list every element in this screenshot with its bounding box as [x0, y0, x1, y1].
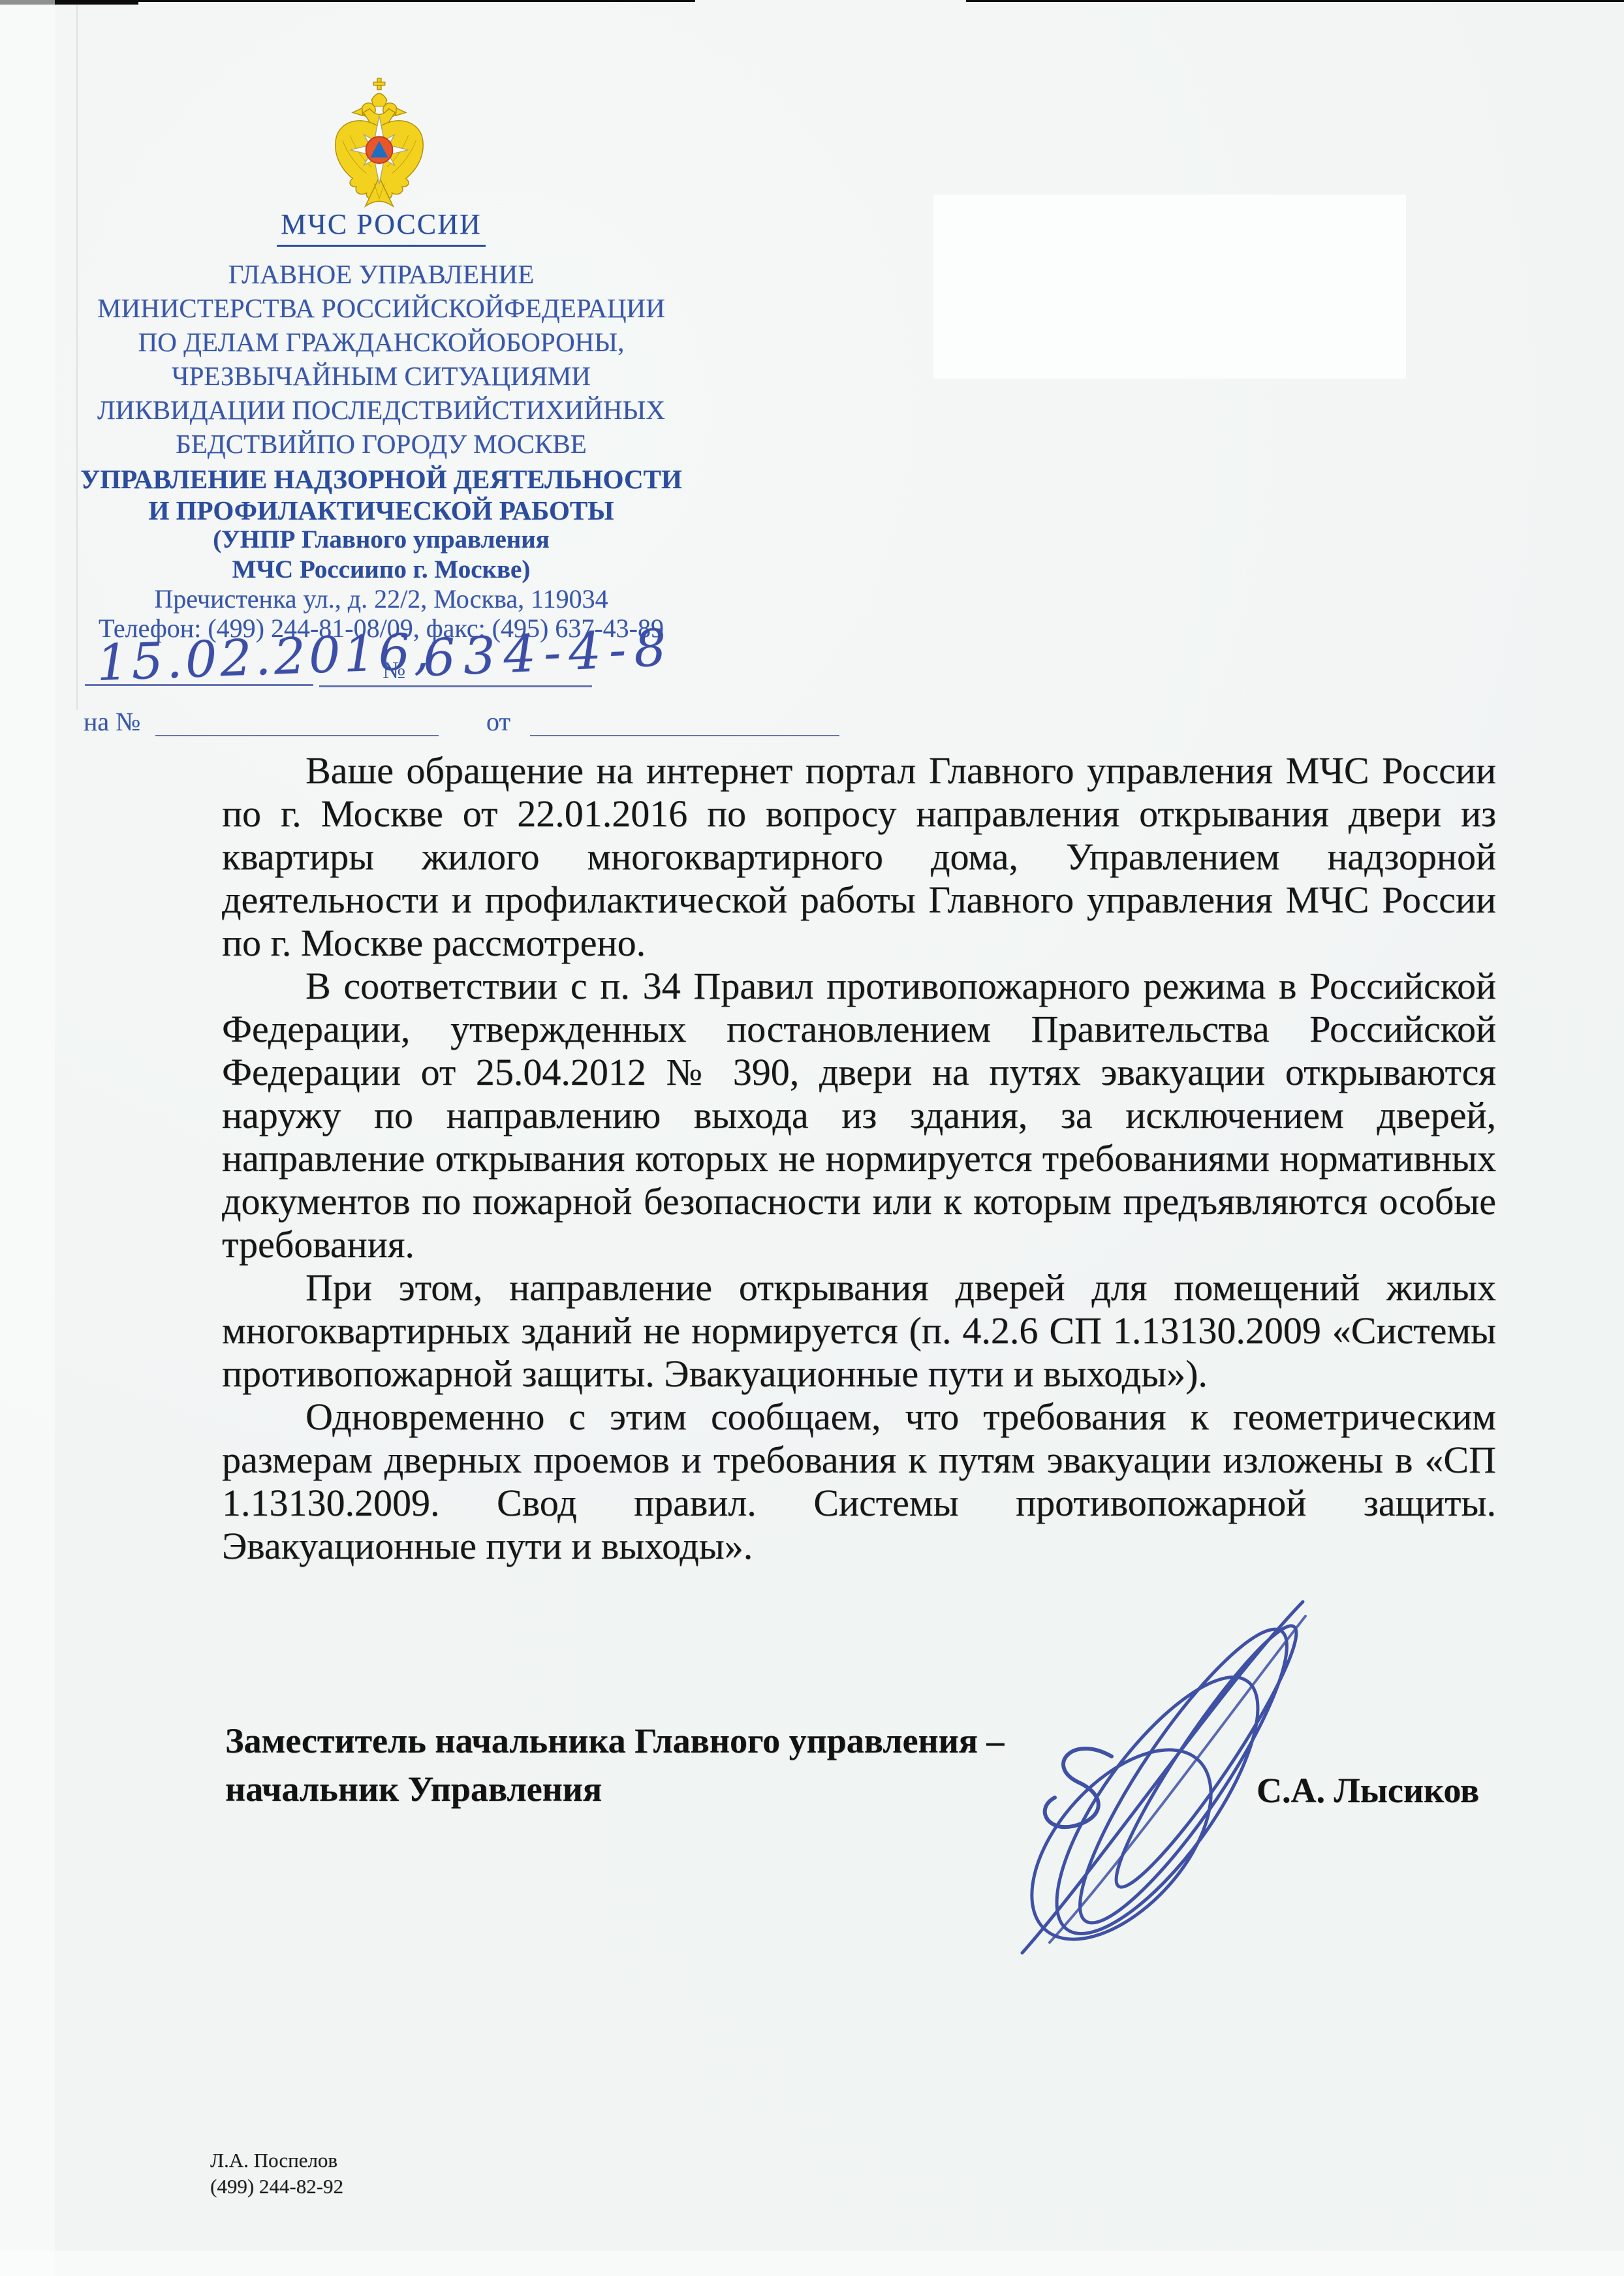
mchs-emblem-icon [326, 77, 432, 210]
scan-artifact-line [138, 0, 695, 2]
scan-artifact-line [966, 0, 1624, 2]
number-sign-label: № [383, 657, 405, 685]
body-paragraph: При этом, направление открывания дверей … [222, 1266, 1496, 1395]
signer-title-line1: Заместитель начальника Главного управлен… [225, 1721, 1004, 1761]
division-line: И ПРОФИЛАКТИЧЕСКОЙ РАБОТЫ [51, 495, 711, 526]
division-abbr-block: (УНПР Главного управления МЧС Россиипо г… [51, 525, 711, 585]
scan-edge-left [0, 0, 55, 2276]
ministry-line: ПО ДЕЛАМ ГРАЖДАНСКОЙОБОРОНЫ, [51, 325, 711, 359]
ministry-name-block: ГЛАВНОЕ УПРАВЛЕНИЕ МИНИСТЕРСТВА РОССИЙСК… [51, 257, 711, 461]
division-name-block: УПРАВЛЕНИЕ НАДЗОРНОЙ ДЕЯТЕЛЬНОСТИ И ПРОФ… [51, 463, 711, 526]
handwritten-outgoing-number: 634-4-8 [422, 619, 675, 689]
executor-block: Л.А. Поспелов (499) 244-82-92 [210, 2147, 343, 2200]
body-paragraph: Ваше обращение на интернет портал Главно… [222, 749, 1496, 965]
ministry-line: ЧРЕЗВЫЧАЙНЫМ СИТУАЦИЯМИ [51, 359, 711, 393]
letter-body: Ваше обращение на интернет портал Главно… [222, 749, 1496, 1568]
ministry-line: БЕДСТВИЙПО ГОРОДУ МОСКВЕ [51, 427, 711, 461]
ministry-line: МИНИСТЕРСТВА РОССИЙСКОЙФЕДЕРАЦИИ [51, 291, 711, 325]
division-abbr-line: (УНПР Главного управления [51, 525, 711, 555]
document-page: МЧС РОССИИ ГЛАВНОЕ УПРАВЛЕНИЕ МИНИСТЕРСТ… [0, 0, 1624, 2276]
number-underline [319, 685, 592, 687]
division-line: УПРАВЛЕНИЕ НАДЗОРНОЙ ДЕЯТЕЛЬНОСТИ [51, 463, 711, 495]
org-address: Пречистенка ул., д. 22/2, Москва, 119034 [51, 584, 711, 614]
ministry-line: ГЛАВНОЕ УПРАВЛЕНИЕ [51, 257, 711, 291]
date-underline [85, 684, 313, 686]
org-name-text: МЧС РОССИИ [277, 208, 486, 247]
handwritten-signature [1010, 1590, 1363, 1962]
signer-title-line2: начальник Управления [225, 1769, 602, 1809]
scan-edge-bottom [0, 2251, 1624, 2276]
in-reply-number-underline [155, 735, 439, 736]
executor-phone: (499) 244-82-92 [210, 2174, 343, 2200]
ministry-line: ЛИКВИДАЦИИ ПОСЛЕДСТВИЙСТИХИЙНЫХ [51, 393, 711, 427]
division-abbr-line: МЧС Россиипо г. Москве) [51, 555, 711, 585]
body-paragraph: В соответствии с п. 34 Правил противопож… [222, 965, 1496, 1266]
in-reply-from-label: от [486, 706, 510, 737]
scan-bright-patch [933, 195, 1406, 379]
org-name: МЧС РОССИИ [51, 208, 711, 241]
body-paragraph: Одновременно с этим сообщаем, что требов… [222, 1395, 1496, 1568]
in-reply-date-underline [530, 735, 839, 736]
in-reply-to-label: на № [84, 706, 140, 737]
executor-name: Л.А. Поспелов [210, 2147, 343, 2174]
